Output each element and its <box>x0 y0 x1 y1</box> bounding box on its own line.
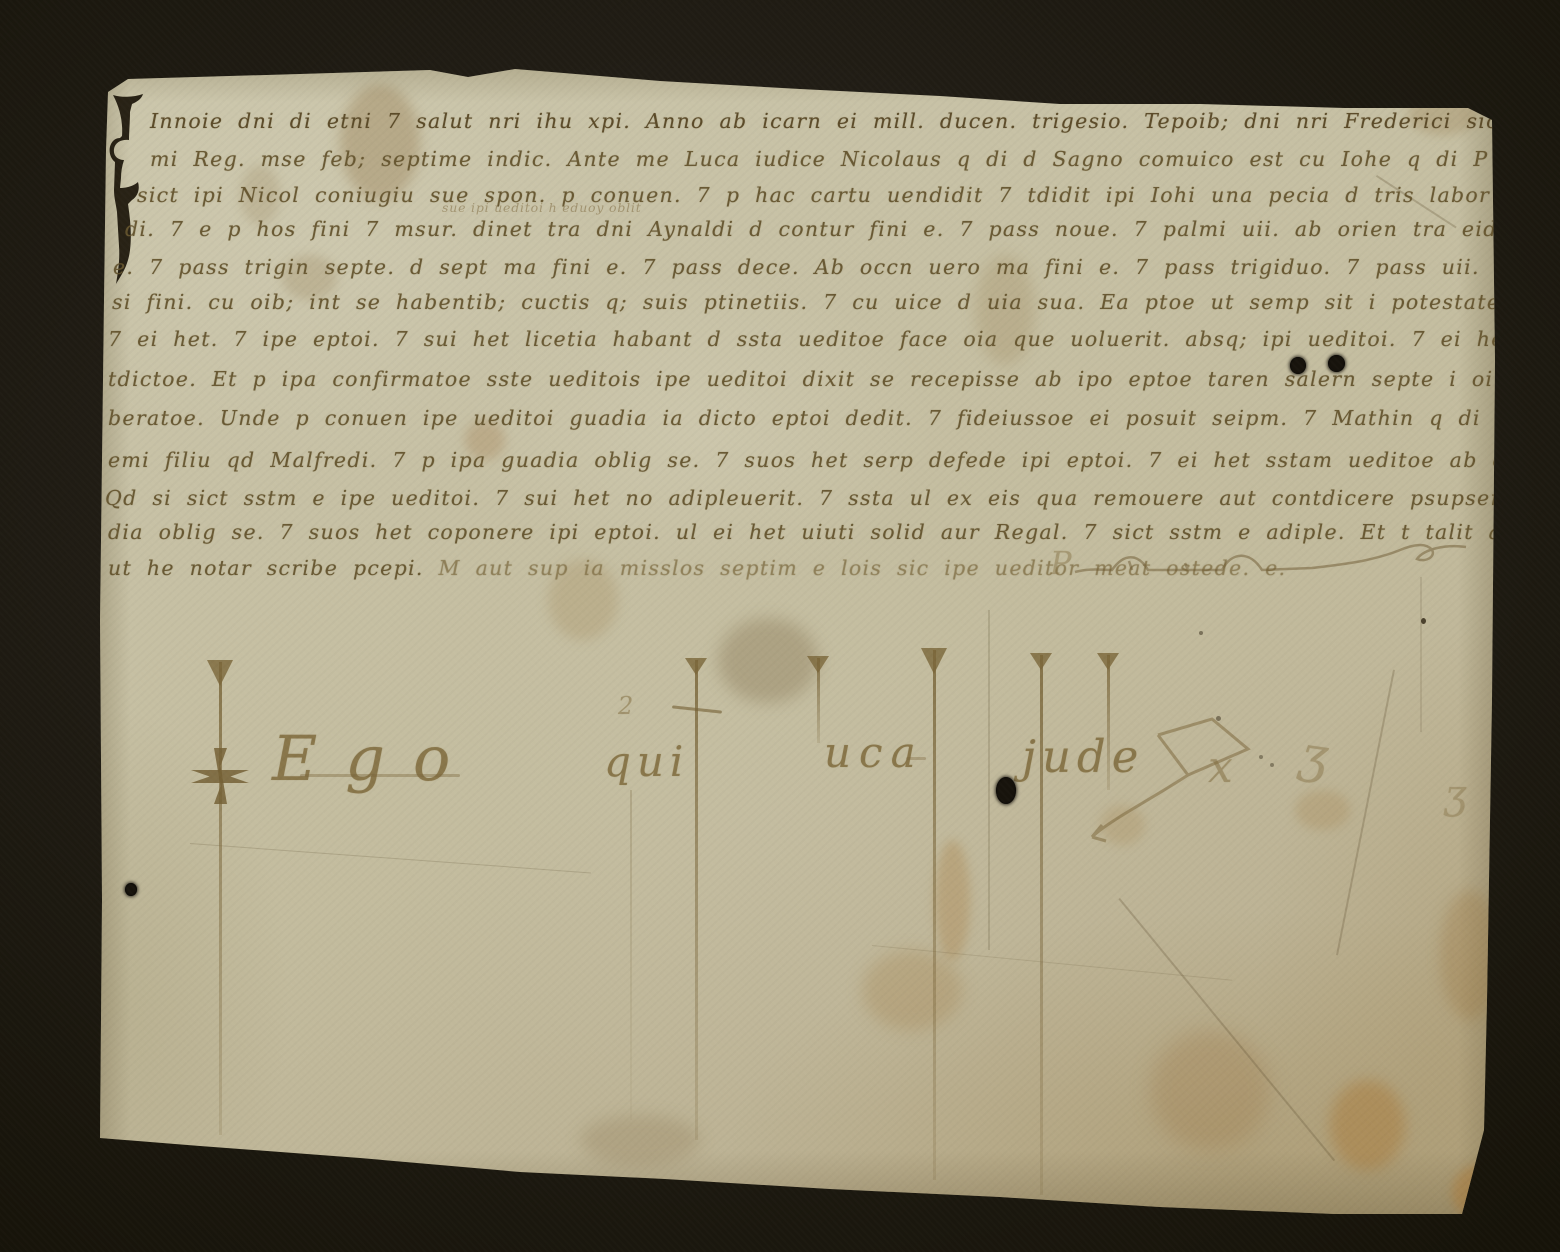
ego-crossbar <box>300 774 460 777</box>
stain <box>1295 790 1350 830</box>
q-descender <box>630 790 632 1120</box>
luca-dash <box>906 757 926 760</box>
stain <box>862 950 962 1030</box>
ink-dot <box>1270 763 1274 767</box>
parchment: Innoie dni di etni 7 salut nri ihu xpi. … <box>0 0 1560 1252</box>
cross-ascender <box>219 662 222 1135</box>
ink-speck <box>1216 716 1221 721</box>
stain <box>1452 1165 1507 1220</box>
crease <box>988 610 990 950</box>
qui-superscript: 2 <box>618 692 633 720</box>
text-line-7: 7 ei het. 7 ipe eptoi. 7 sui het licetia… <box>108 327 1560 351</box>
text-line-5: e. 7 pass trigin septe. d sept ma fini e… <box>113 255 1560 279</box>
text-line-4: di. 7 e p hos fini 7 msur. dinet tra dni… <box>125 217 1560 241</box>
text-line-1: Innoie dni di etni 7 salut nri ihu xpi. … <box>150 109 1560 133</box>
end-flourish: ʒ <box>1444 772 1467 818</box>
qui-ascender <box>695 660 698 1140</box>
ink-dot <box>1259 755 1263 759</box>
squiggle-flourish: ʒ <box>1296 724 1332 785</box>
signature-word-ego: Ego <box>272 722 478 795</box>
wormhole <box>996 777 1016 804</box>
judex-flourish <box>1080 715 1270 855</box>
text-line-2: mi Reg. mse feb; septime indic. Ante me … <box>150 147 1560 171</box>
photo-stage: Innoie dni di etni 7 salut nri ihu xpi. … <box>0 0 1560 1252</box>
text-line-6: si fini. cu oib; int se habentib; cuctis… <box>112 290 1560 314</box>
wormhole <box>1328 355 1345 372</box>
stain <box>580 1115 700 1165</box>
signature-word-luca: uca <box>824 728 924 777</box>
stain <box>1150 1030 1270 1150</box>
ink-speck <box>1199 631 1203 635</box>
crease <box>190 843 591 874</box>
closing-flourish-line <box>1070 540 1490 590</box>
judex-x-flourish: x <box>1208 742 1233 793</box>
closing-statement: ut he notar scribe pcepi. <box>108 556 424 580</box>
notary-paraph: P <box>1050 544 1072 582</box>
text-line-11: Qd si sict sstm e ipe ueditoi. 7 sui het… <box>105 486 1560 510</box>
crease <box>1337 670 1395 956</box>
text-line-9: beratoe. Unde p conuen ipe ueditoi guadi… <box>108 406 1523 430</box>
stain <box>1440 890 1500 1020</box>
crease <box>1119 898 1335 1161</box>
wormhole <box>125 883 137 896</box>
crease <box>872 945 1232 981</box>
long-s-ascender <box>933 650 936 1180</box>
stain <box>718 618 818 703</box>
signature-word-qui: qui <box>604 737 689 786</box>
wormhole <box>1290 357 1306 374</box>
interlinear-addition: sue ipi ueditoi h eduoy oblit <box>442 200 642 215</box>
stain <box>1330 1080 1405 1170</box>
text-line-3: sict ipi Nicol coniugiu sue spon. p conu… <box>137 183 1560 207</box>
l-ascender <box>817 658 820 743</box>
ink-speck <box>1421 618 1426 624</box>
text-line-10: emi filiu qd Malfredi. 7 p ipa guadia ob… <box>108 448 1560 472</box>
crease <box>1420 577 1422 732</box>
stain <box>935 840 970 960</box>
